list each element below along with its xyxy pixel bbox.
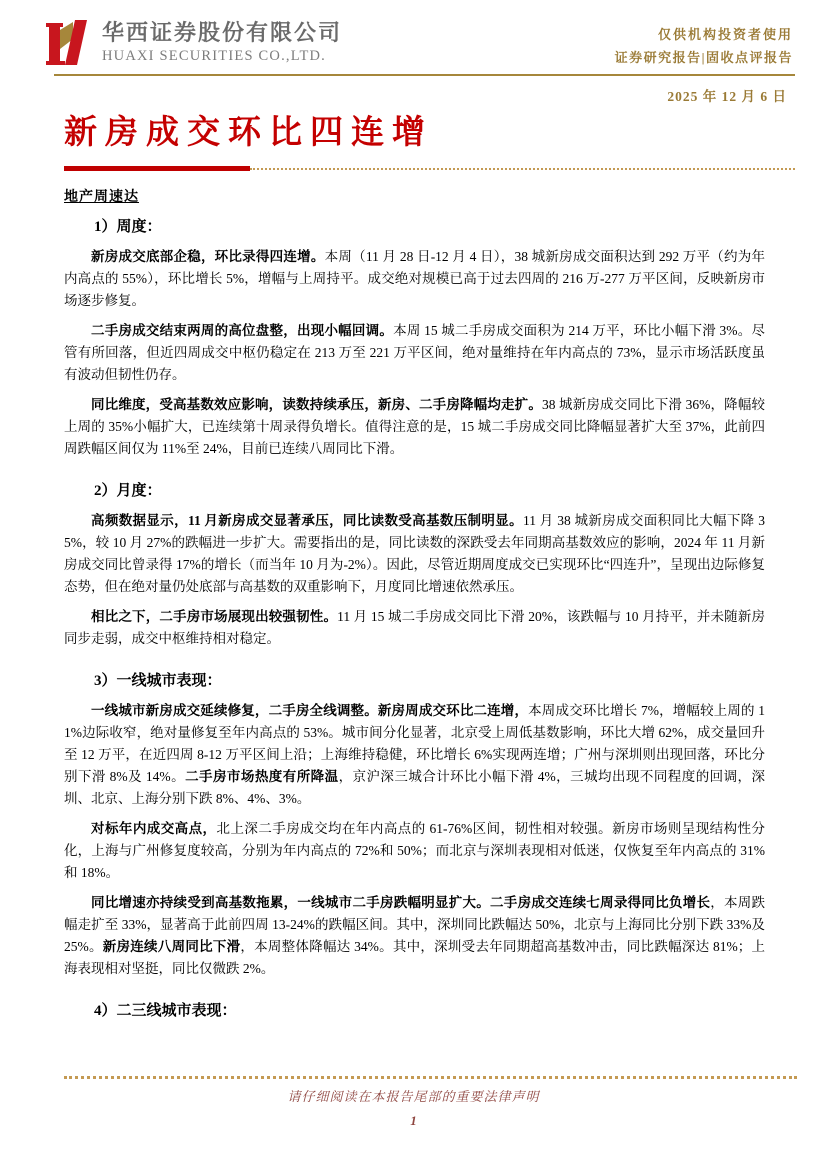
red-bar (64, 166, 250, 171)
audience-notice: 仅供机构投资者使用 (615, 24, 793, 46)
report-header: 华西证券股份有限公司 HUAXI SECURITIES CO.,LTD. 仅供机… (0, 0, 827, 105)
gold-dotted-line (250, 168, 795, 170)
section-heading: 4）二三线城市表现： (64, 1001, 765, 1021)
report-body: 1）周度：新房成交底部企稳，环比录得四连增。本周（11 月 28 日-12 月 … (64, 217, 765, 1021)
brand-names: 华西证券股份有限公司 HUAXI SECURITIES CO.,LTD. (102, 20, 342, 66)
company-name-cn: 华西证券股份有限公司 (102, 20, 342, 46)
paragraph: 二手房成交结束两周的高位盘整，出现小幅回调。本周 15 城二手房成交面积为 21… (64, 320, 765, 386)
report-date: 2025 年 12 月 6 日 (0, 85, 787, 105)
huaxi-h-logo-icon (46, 20, 90, 66)
company-name-en: HUAXI SECURITIES CO.,LTD. (102, 46, 342, 66)
report-type-label: 证券研究报告|固收点评报告 (615, 46, 793, 70)
title-divider (64, 166, 795, 171)
page-number: 1 (0, 1113, 827, 1129)
paragraph: 相比之下，二手房市场展现出较强韧性。11 月 15 城二手房成交同比下滑 20%… (64, 606, 765, 650)
paragraph: 新房成交底部企稳，环比录得四连增。本周（11 月 28 日-12 月 4 日），… (64, 246, 765, 312)
header-row: 华西证券股份有限公司 HUAXI SECURITIES CO.,LTD. 仅供机… (0, 0, 827, 70)
report-page: 华西证券股份有限公司 HUAXI SECURITIES CO.,LTD. 仅供机… (0, 0, 827, 1169)
paragraph: 一线城市新房成交延续修复，二手房全线调整。新房周成交环比二连增，本周成交环比增长… (64, 700, 765, 810)
paragraph: 同比增速亦持续受到高基数拖累，一线城市二手房跌幅明显扩大。二手房成交连续七周录得… (64, 892, 765, 980)
section-heading: 1）周度： (64, 217, 765, 237)
footer-divider (64, 1076, 797, 1079)
header-right: 仅供机构投资者使用 证券研究报告|固收点评报告 (615, 20, 793, 70)
report-title: 新房成交环比四连增 (64, 113, 827, 153)
header-divider (54, 74, 795, 76)
paragraph: 对标年内成交高点，北上深二手房成交均在年内高点的 61-76%区间，韧性相对较强… (64, 818, 765, 884)
brand: 华西证券股份有限公司 HUAXI SECURITIES CO.,LTD. (46, 20, 342, 66)
paragraph: 同比维度，受高基数效应影响，读数持续承压，新房、二手房降幅均走扩。38 城新房成… (64, 394, 765, 460)
section-heading: 2）月度： (64, 481, 765, 501)
legal-notice: 请仔细阅读在本报告尾部的重要法律声明 (0, 1086, 827, 1105)
section-heading: 3）一线城市表现： (64, 671, 765, 691)
series-label: 地产周速达 (64, 186, 827, 206)
paragraph: 高频数据显示，11 月新房成交显著承压，同比读数受高基数压制明显。11 月 38… (64, 510, 765, 598)
